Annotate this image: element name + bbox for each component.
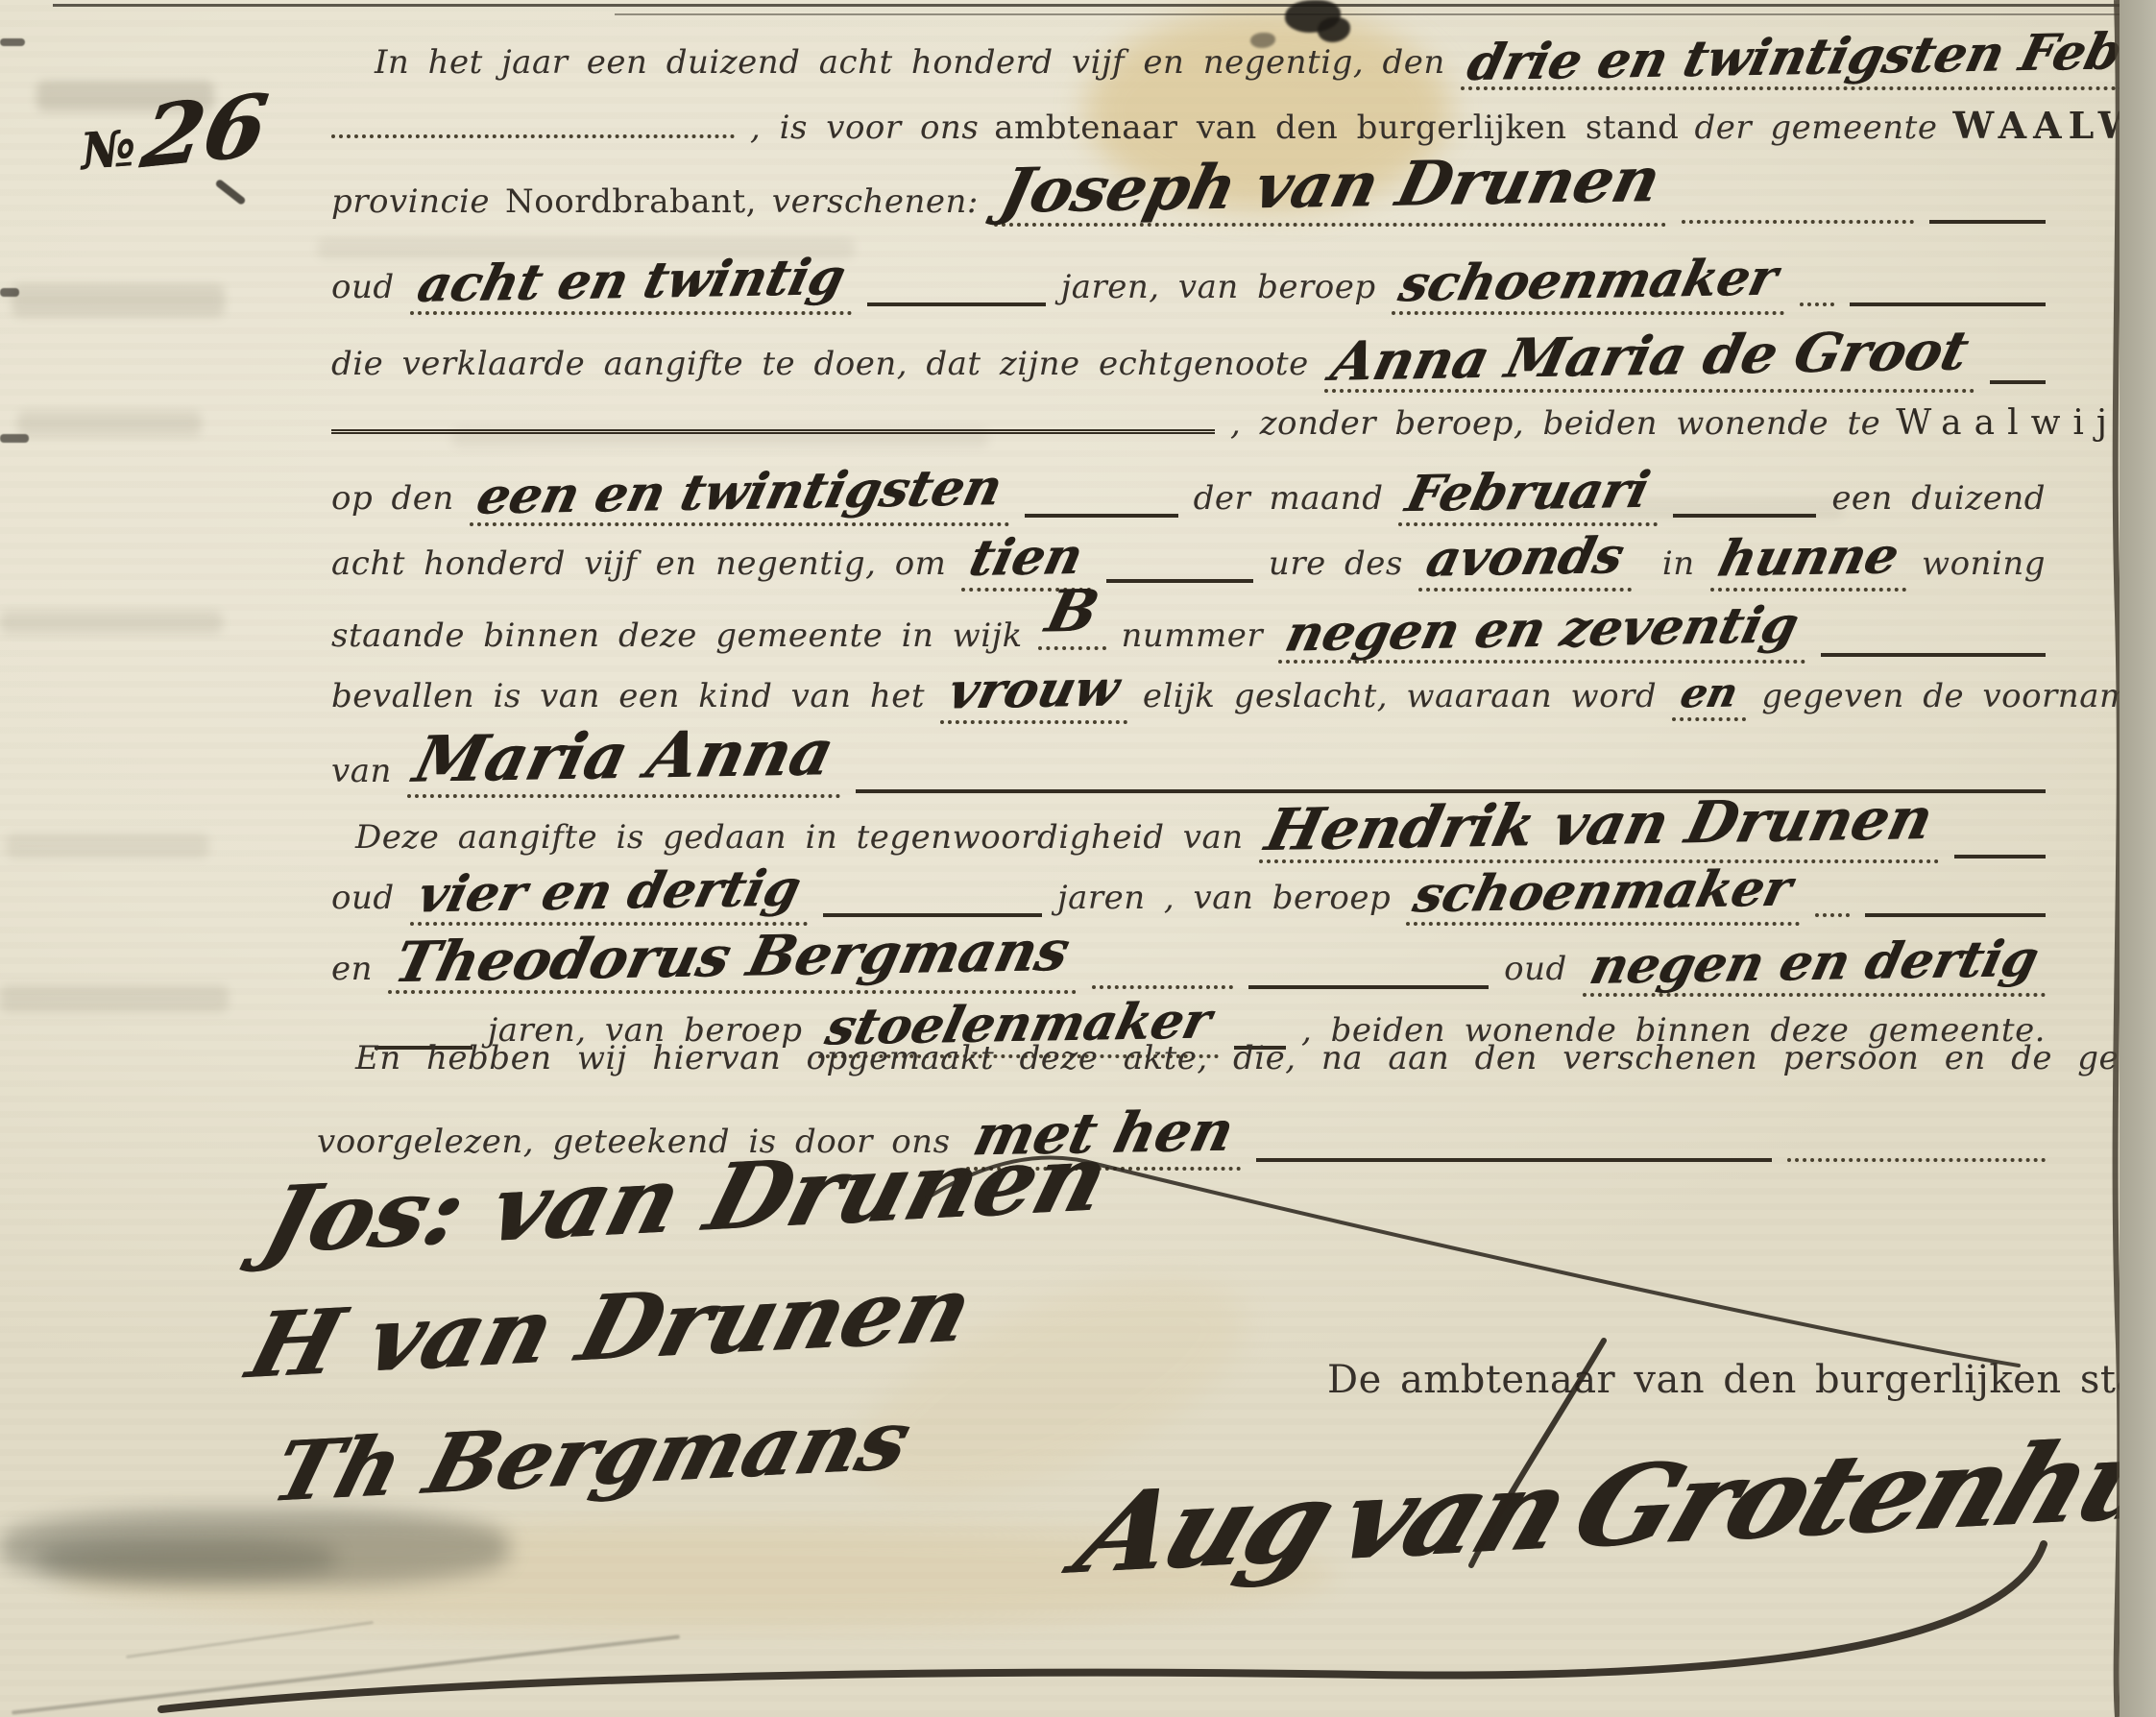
signature-witness-1-text: H van Drunen — [237, 1257, 981, 1399]
bleedthrough-text — [0, 985, 229, 1012]
district-letter: B — [1040, 578, 1104, 646]
printed-text: op den — [331, 479, 454, 518]
printed-text: ure des — [1269, 544, 1403, 583]
bleedthrough-text — [6, 834, 209, 858]
birth-certificate-page: № 26 In het jaar een duizend acht honder… — [0, 0, 2156, 1717]
birth-day: een en twintigsten — [472, 458, 1007, 525]
charcoal-smudge — [38, 1538, 336, 1579]
top-rule-2 — [615, 13, 2120, 15]
edge-mark — [0, 434, 29, 443]
fill-in-underline: Anna Maria de Groot — [1324, 325, 1975, 393]
fill-in-underline: avonds — [1418, 528, 1632, 592]
fill-in-underline: negen en dertig — [1583, 933, 2046, 997]
signature-declarant: Jos: van Drunen — [274, 1145, 1098, 1253]
form-line-mother-residence: , zonder beroep, beiden wonende te Waalw… — [331, 403, 2046, 443]
line-leader — [1673, 514, 1816, 518]
form-line-birth-date: op den een en twintigsten der maand Febr… — [331, 463, 2046, 526]
dotted-leader — [1815, 913, 1850, 917]
dotted-leader — [1092, 985, 1234, 989]
printed-text: , zonder beroep, beiden wonende te — [1230, 404, 1880, 443]
dotted-leader — [331, 134, 735, 138]
witness-1-occupation: schoenmaker — [1408, 859, 1797, 925]
residence-name: Waalwijk — [1896, 403, 2153, 443]
pencil-line — [12, 1634, 680, 1714]
birth-month: Februari — [1401, 461, 1656, 523]
printed-text: woning — [1922, 544, 2046, 583]
printed-text: oud — [331, 268, 395, 306]
fill-in-underline: vier en dertig — [410, 862, 809, 926]
dotted-leader — [1800, 302, 1834, 306]
fill-in-underline: en — [1672, 669, 1746, 721]
printed-text: , is voor ons — [750, 109, 979, 147]
form-line-declarant-age: oud acht en twintig jaren, van beroep sc… — [331, 252, 2046, 315]
line-leader — [1850, 302, 2046, 306]
dotted-leader — [1787, 1158, 2046, 1162]
fill-in-underline: B — [1038, 578, 1106, 650]
fill-in-underline: drie en twintigsten Februari — [1461, 27, 2156, 90]
printed-text: in — [1662, 544, 1695, 583]
registrar-title-text: De ambtenaar van den burgerlijken stand, — [1327, 1358, 2156, 1402]
printed-text: een duizend — [1831, 479, 2046, 518]
line-leader — [1821, 653, 2046, 657]
fill-in-underline: Joseph van Drunen — [994, 150, 1666, 227]
line-leader — [867, 302, 1045, 306]
declarant-age: acht en twintig — [412, 248, 851, 314]
day-part: avonds — [1420, 526, 1629, 589]
dotted-leader — [1682, 220, 1914, 224]
act-number-value: 26 — [135, 75, 273, 189]
child-names: Maria Anna — [407, 714, 840, 797]
fill-in-underline: vrouw — [940, 661, 1127, 724]
printed-text: en — [331, 950, 373, 988]
registrar-title: De ambtenaar van den burgerlijken stand, — [1327, 1358, 2156, 1402]
pencil-line — [126, 1621, 374, 1658]
line-leader — [1929, 220, 2046, 224]
bleedthrough-text — [17, 411, 202, 436]
signature-witness-2: Th Bergmans — [280, 1408, 902, 1505]
witness-2-age: negen en dertig — [1585, 930, 2044, 996]
top-rule — [53, 4, 2120, 7]
mother-name: Anna Maria de Groot — [1325, 319, 1974, 393]
fill-in-underline: Theodorus Bergmans — [388, 924, 1077, 994]
line-leader — [1025, 514, 1178, 518]
act-number-label: № — [79, 119, 137, 181]
form-line-witness1-age: oud vier en dertig jaren , van beroep sc… — [331, 862, 2046, 926]
form-line-witness1: Deze aangifte is gedaan in tegenwoordigh… — [355, 795, 2046, 867]
fill-in-underline: Februari — [1398, 463, 1658, 526]
printed-text: In het jaar een duizend acht honderd vij… — [375, 43, 1445, 82]
form-line-registrar-municipality: , is voor ons ambtenaar van den burgerli… — [331, 104, 2046, 147]
line-leader — [1106, 579, 1253, 583]
form-line-gender-names: bevallen is van een kind van het vrouw e… — [331, 661, 2046, 724]
fill-in-underline: negen en zeventig — [1278, 600, 1805, 664]
line-leader — [1248, 985, 1489, 989]
form-line-witness2: en Theodorus Bergmans oud negen en derti… — [331, 928, 2046, 998]
witness-2-name: Theodorus Bergmans — [389, 918, 1076, 995]
fill-in-underline: Maria Anna — [407, 718, 840, 798]
printed-text: acht honderd vijf en negentig, om — [331, 544, 946, 583]
line-leader — [1256, 1158, 1772, 1162]
fill-in-underline: een en twintigsten — [470, 463, 1009, 526]
edge-mark — [0, 38, 25, 46]
plural-suffix: en — [1676, 669, 1742, 717]
printed-text: der gemeente — [1694, 109, 1937, 147]
form-line-opening-date: In het jaar een duizend acht honderd vij… — [375, 27, 2046, 90]
province-name: Noordbrabant, — [505, 182, 757, 221]
gender-word: vrouw — [943, 659, 1126, 720]
printed-text: verschenen: — [772, 182, 979, 221]
line-leader — [331, 429, 1215, 434]
fill-in-underline: hunne — [1710, 528, 1906, 592]
signature-witness-1: H van Drunen — [257, 1275, 962, 1381]
printed-text: die verklaarde aangifte te doen, dat zij… — [331, 345, 1309, 383]
form-line-mother: die verklaarde aangifte te doen, dat zij… — [331, 325, 2046, 393]
printed-text: jaren , van beroep — [1057, 879, 1391, 917]
fill-in-underline: schoenmaker — [1406, 862, 1800, 926]
handwritten-entry: drie en twintigsten Februari — [1462, 20, 2156, 92]
printed-text: elijk geslacht, waaraan word — [1143, 677, 1657, 715]
page-edge-strip — [2120, 0, 2156, 1717]
line-leader — [1990, 380, 2046, 384]
printed-text: jaren, van beroep — [1061, 268, 1376, 306]
edge-mark — [0, 288, 19, 297]
printed-text: van — [331, 752, 392, 790]
form-line-birth-time: acht honderd vijf en negentig, om tien u… — [331, 528, 2046, 592]
printed-text: bevallen is van een kind van het — [331, 677, 925, 715]
signature-declarant-text: Jos: van Drunen — [253, 1124, 1119, 1275]
signature-witness-2-text: Th Bergmans — [262, 1391, 920, 1521]
line-leader — [1865, 913, 2046, 917]
declarant-occupation: schoenmaker — [1393, 249, 1782, 314]
printed-text: staande binnen deze gemeente in wijk — [331, 617, 1023, 655]
printed-text: Deze aangifte is gedaan in tegenwoordigh… — [355, 818, 1244, 857]
bleedthrough-text — [12, 284, 225, 317]
printed-text: provincie — [331, 182, 490, 221]
birth-place-word: hunne — [1712, 526, 1903, 588]
witness-1-name: Hendrik van Drunen — [1259, 786, 1938, 864]
form-line-province-declarant: provincie Noordbrabant, verschenen: Jose… — [331, 156, 2046, 232]
fill-in-underline: Hendrik van Drunen — [1259, 791, 1939, 863]
printed-text: gegeven de voornam — [1761, 677, 2130, 715]
fill-in-underline: acht en twintig — [410, 252, 853, 315]
fill-in-underline: schoenmaker — [1392, 252, 1785, 315]
printed-text: En hebben wij hiervan opgemaakt deze akt… — [355, 1039, 2156, 1077]
line-leader — [1954, 855, 2046, 858]
form-line-closing-read: En hebben wij hiervan opgemaakt deze akt… — [355, 1039, 2046, 1077]
printed-text: ambtenaar van den burgerlijken stand — [994, 109, 1679, 147]
witness-1-age: vier en dertig — [412, 859, 806, 925]
declarant-name: Joseph van Drunen — [994, 144, 1667, 228]
printed-text: nummer — [1122, 617, 1264, 655]
signature-registrar: Aug van Grotenhuis — [1095, 1439, 2156, 1569]
signature-registrar-text: Aug van Grotenhuis — [1060, 1409, 2156, 1600]
printed-text: oud — [331, 879, 395, 917]
bleedthrough-text — [0, 611, 223, 634]
form-line-address: staande binnen deze gemeente in wijk B n… — [331, 593, 2046, 665]
house-number: negen en zeventig — [1280, 595, 1804, 663]
printed-text: oud — [1504, 950, 1567, 988]
printed-text: der maand — [1194, 479, 1384, 518]
line-leader — [823, 913, 1042, 917]
act-number-tick — [214, 179, 246, 206]
